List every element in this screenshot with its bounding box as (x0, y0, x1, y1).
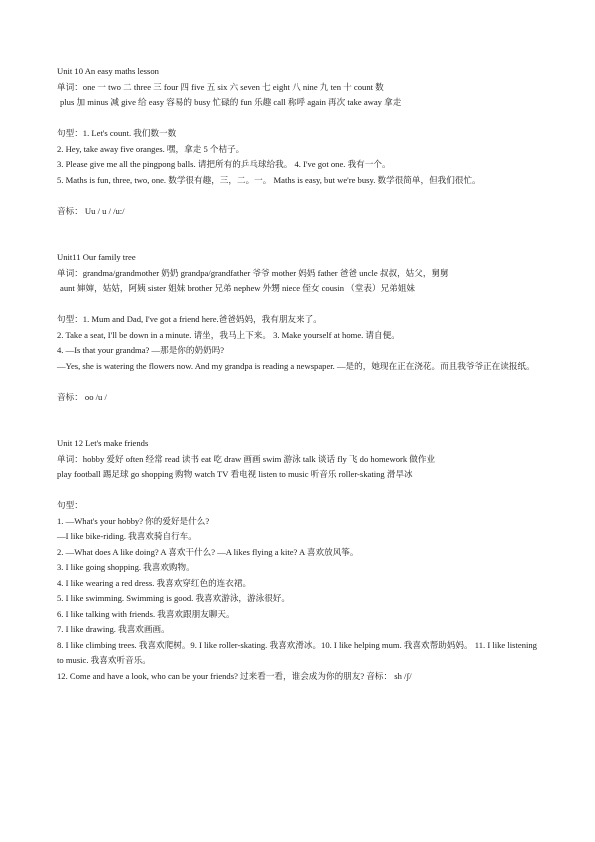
unit-12-sentence-heading: 句型： (57, 498, 542, 514)
unit-10-vocab-line-1: 单词：one 一 two 二 three 三 four 四 five 五 six… (57, 80, 542, 96)
unit-12-sentence: 8. I like climbing trees. 我喜欢爬树。9. I lik… (57, 638, 542, 669)
spacer (57, 483, 542, 499)
unit-12-sentence: 2. —What does A like doing? A 喜欢干什么? —A … (57, 545, 542, 561)
unit-10-section: Unit 10 An easy maths lesson 单词：one 一 tw… (57, 64, 542, 219)
unit-10-title: Unit 10 An easy maths lesson (57, 64, 542, 80)
unit-11-vocab-line-2: aunt 婶婶，姑姑，阿姨 sister 姐妹 brother 兄弟 nephe… (57, 281, 542, 297)
spacer (57, 188, 542, 204)
unit-12-sentence: 3. I like going shopping. 我喜欢购物。 (57, 560, 542, 576)
unit-12-sentence: 7. I like drawing. 我喜欢画画。 (57, 622, 542, 638)
unit-12-sentence: 4. I like wearing a red dress. 我喜欢穿红色的连衣… (57, 576, 542, 592)
spacer (57, 374, 542, 390)
unit-11-title: Unit11 Our family tree (57, 250, 542, 266)
unit-11-sentence-4: 4. —Is that your grandma? —那是你的奶奶吗? (57, 343, 542, 359)
spacer (57, 405, 542, 436)
spacer (57, 219, 542, 250)
unit-10-sentence-2: 2. Hey, take away five oranges. 嘿，拿走 5 个… (57, 142, 542, 158)
unit-10-phonics: 音标： Uu / u / /u:/ (57, 204, 542, 220)
unit-10-sentence-1: 句型：1. Let's count. 我们数一数 (57, 126, 542, 142)
unit-10-sentence-5: 5. Maths is fun, three, two, one. 数学很有趣，… (57, 173, 542, 189)
unit-12-sentence: 1. —What's your hobby? 你的爱好是什么? (57, 514, 542, 530)
unit-12-vocab-line-1: 单词：hobby 爱好 often 经常 read 读书 eat 吃 draw … (57, 452, 542, 468)
document-page: Unit 10 An easy maths lesson 单词：one 一 tw… (57, 64, 542, 684)
unit-12-sentence: 6. I like talking with friends. 我喜欢跟朋友聊天… (57, 607, 542, 623)
spacer (57, 297, 542, 313)
unit-11-sentence-1: 句型：1. Mum and Dad, I've got a friend her… (57, 312, 542, 328)
unit-11-section: Unit11 Our family tree 单词：grandma/grandm… (57, 250, 542, 405)
unit-11-sentence-2: 2. Take a seat, I'll be down in a minute… (57, 328, 542, 344)
unit-12-sentence: —I like bike-riding. 我喜欢骑自行车。 (57, 529, 542, 545)
unit-11-vocab-line-1: 单词：grandma/grandmother 奶奶 grandpa/grandf… (57, 266, 542, 282)
unit-12-title: Unit 12 Let's make friends (57, 436, 542, 452)
unit-11-sentence-4-answer: —Yes, she is watering the flowers now. A… (57, 359, 542, 375)
unit-11-phonics: 音标： oo /u / (57, 390, 542, 406)
unit-10-sentence-3: 3. Please give me all the pingpong balls… (57, 157, 542, 173)
unit-12-vocab-line-2: play football 踢足球 go shopping 购物 watch T… (57, 467, 542, 483)
unit-12-sentence: 5. I like swimming. Swimming is good. 我喜… (57, 591, 542, 607)
spacer (57, 111, 542, 127)
unit-12-section: Unit 12 Let's make friends 单词：hobby 爱好 o… (57, 436, 542, 684)
unit-10-vocab-line-2: plus 加 minus 减 give 给 easy 容易的 busy 忙碌的 … (57, 95, 542, 111)
unit-12-sentence: 12. Come and have a look, who can be you… (57, 669, 542, 685)
